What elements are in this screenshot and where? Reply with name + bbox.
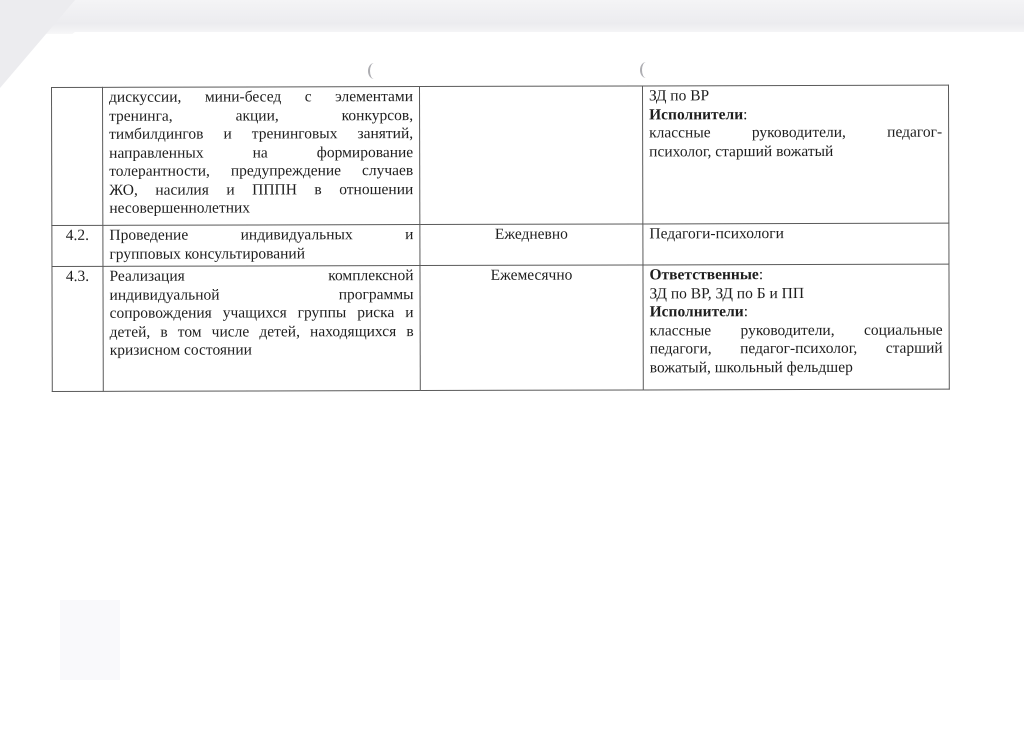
responsible-value: Педагоги-психологи <box>649 225 942 244</box>
event-description: Реализация комплексной индивидуальной пр… <box>103 266 420 392</box>
executors-label: Исполнители <box>650 303 744 320</box>
show-through-artifact <box>60 600 120 680</box>
responsible-cell: Педагоги-психологи <box>643 223 949 265</box>
executors-value: классные руководители, социальные <box>650 321 943 340</box>
event-description: Проведение индивидуальных и групповых ко… <box>103 225 420 267</box>
punch-hole-mark <box>640 62 652 78</box>
row-number: 4.3. <box>52 266 103 391</box>
executors-value: классные руководители, педагог- <box>649 124 942 143</box>
table-row: дискуссии, мини-бесед с элементами трени… <box>52 85 949 225</box>
event-term <box>420 86 643 225</box>
event-term: Ежемесячно <box>420 265 643 391</box>
responsible-label: Ответственные <box>649 266 758 283</box>
event-term: Ежедневно <box>420 224 643 266</box>
responsible-cell: ЗД по ВР Исполнители: классные руководит… <box>642 85 948 224</box>
table-row: 4.2. Проведение индивидуальных и группов… <box>52 223 949 266</box>
executors-label: Исполнители <box>649 106 743 123</box>
punch-hole-mark <box>368 63 380 79</box>
scan-top-shadow <box>0 0 1024 34</box>
scan-folded-corner <box>0 0 75 88</box>
responsible-value: ЗД по ВР <box>649 87 942 106</box>
plan-table: дискуссии, мини-бесед с элементами трени… <box>51 85 950 392</box>
row-number: 4.2. <box>52 225 103 266</box>
event-description: дискуссии, мини-бесед с элементами трени… <box>103 87 420 226</box>
row-number <box>52 87 103 225</box>
responsible-cell: Ответственные: ЗД по ВР, ЗД по Б и ПП Ис… <box>643 264 949 390</box>
table-row: 4.3. Реализация комплексной индивидуальн… <box>52 264 949 391</box>
responsible-value: ЗД по ВР, ЗД по Б и ПП <box>650 284 943 303</box>
